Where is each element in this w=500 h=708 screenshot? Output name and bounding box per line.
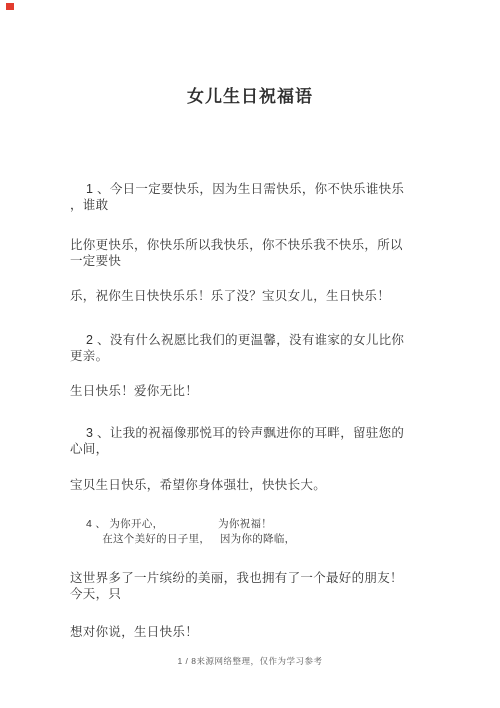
paragraph-3: 乐，祝你生日快快乐乐！乐了没？宝贝女儿，生日快乐！ (70, 288, 462, 304)
paragraph-1: 1 、今日一定要快乐，因为生日需快乐，你不快乐谁快乐 ，谁敢 (70, 181, 462, 213)
paragraph-4: 2 、没有什么祝愿比我们的更温馨，没有谁家的女儿比你 更亲。 (70, 332, 462, 364)
page-title: 女儿生日祝福语 (0, 82, 500, 107)
paragraph-9: 这世界多了一片缤纷的美丽，我也拥有了一个最好的朋友！ 今天，只 (70, 570, 462, 602)
paragraph-5: 生日快乐！爱你无比！ (70, 383, 462, 399)
paragraph-6: 3 、让我的祝福像那悦耳的铃声飘进你的耳畔，留驻您的 心间， (70, 425, 462, 457)
paragraph-8: 4 、 为你开心， 为你祝福！ 在这个美好的日子里， 因为你的降临， (70, 517, 462, 547)
paragraph-7: 宝贝生日快乐，希望你身体强壮，快快长大。 (70, 477, 462, 493)
paragraph-2: 比你更快乐，你快乐所以我快乐，你不快乐我不快乐，所以 一定要快 (70, 237, 462, 269)
paragraph-10: 想对你说，生日快乐！ (70, 624, 462, 640)
page-footer: 1 / 8来源网络整理，仅作为学习参考 (0, 655, 500, 667)
red-corner-mark (6, 3, 14, 10)
document-page: 女儿生日祝福语 1 、今日一定要快乐，因为生日需快乐，你不快乐谁快乐 ，谁敢 比… (0, 0, 500, 708)
